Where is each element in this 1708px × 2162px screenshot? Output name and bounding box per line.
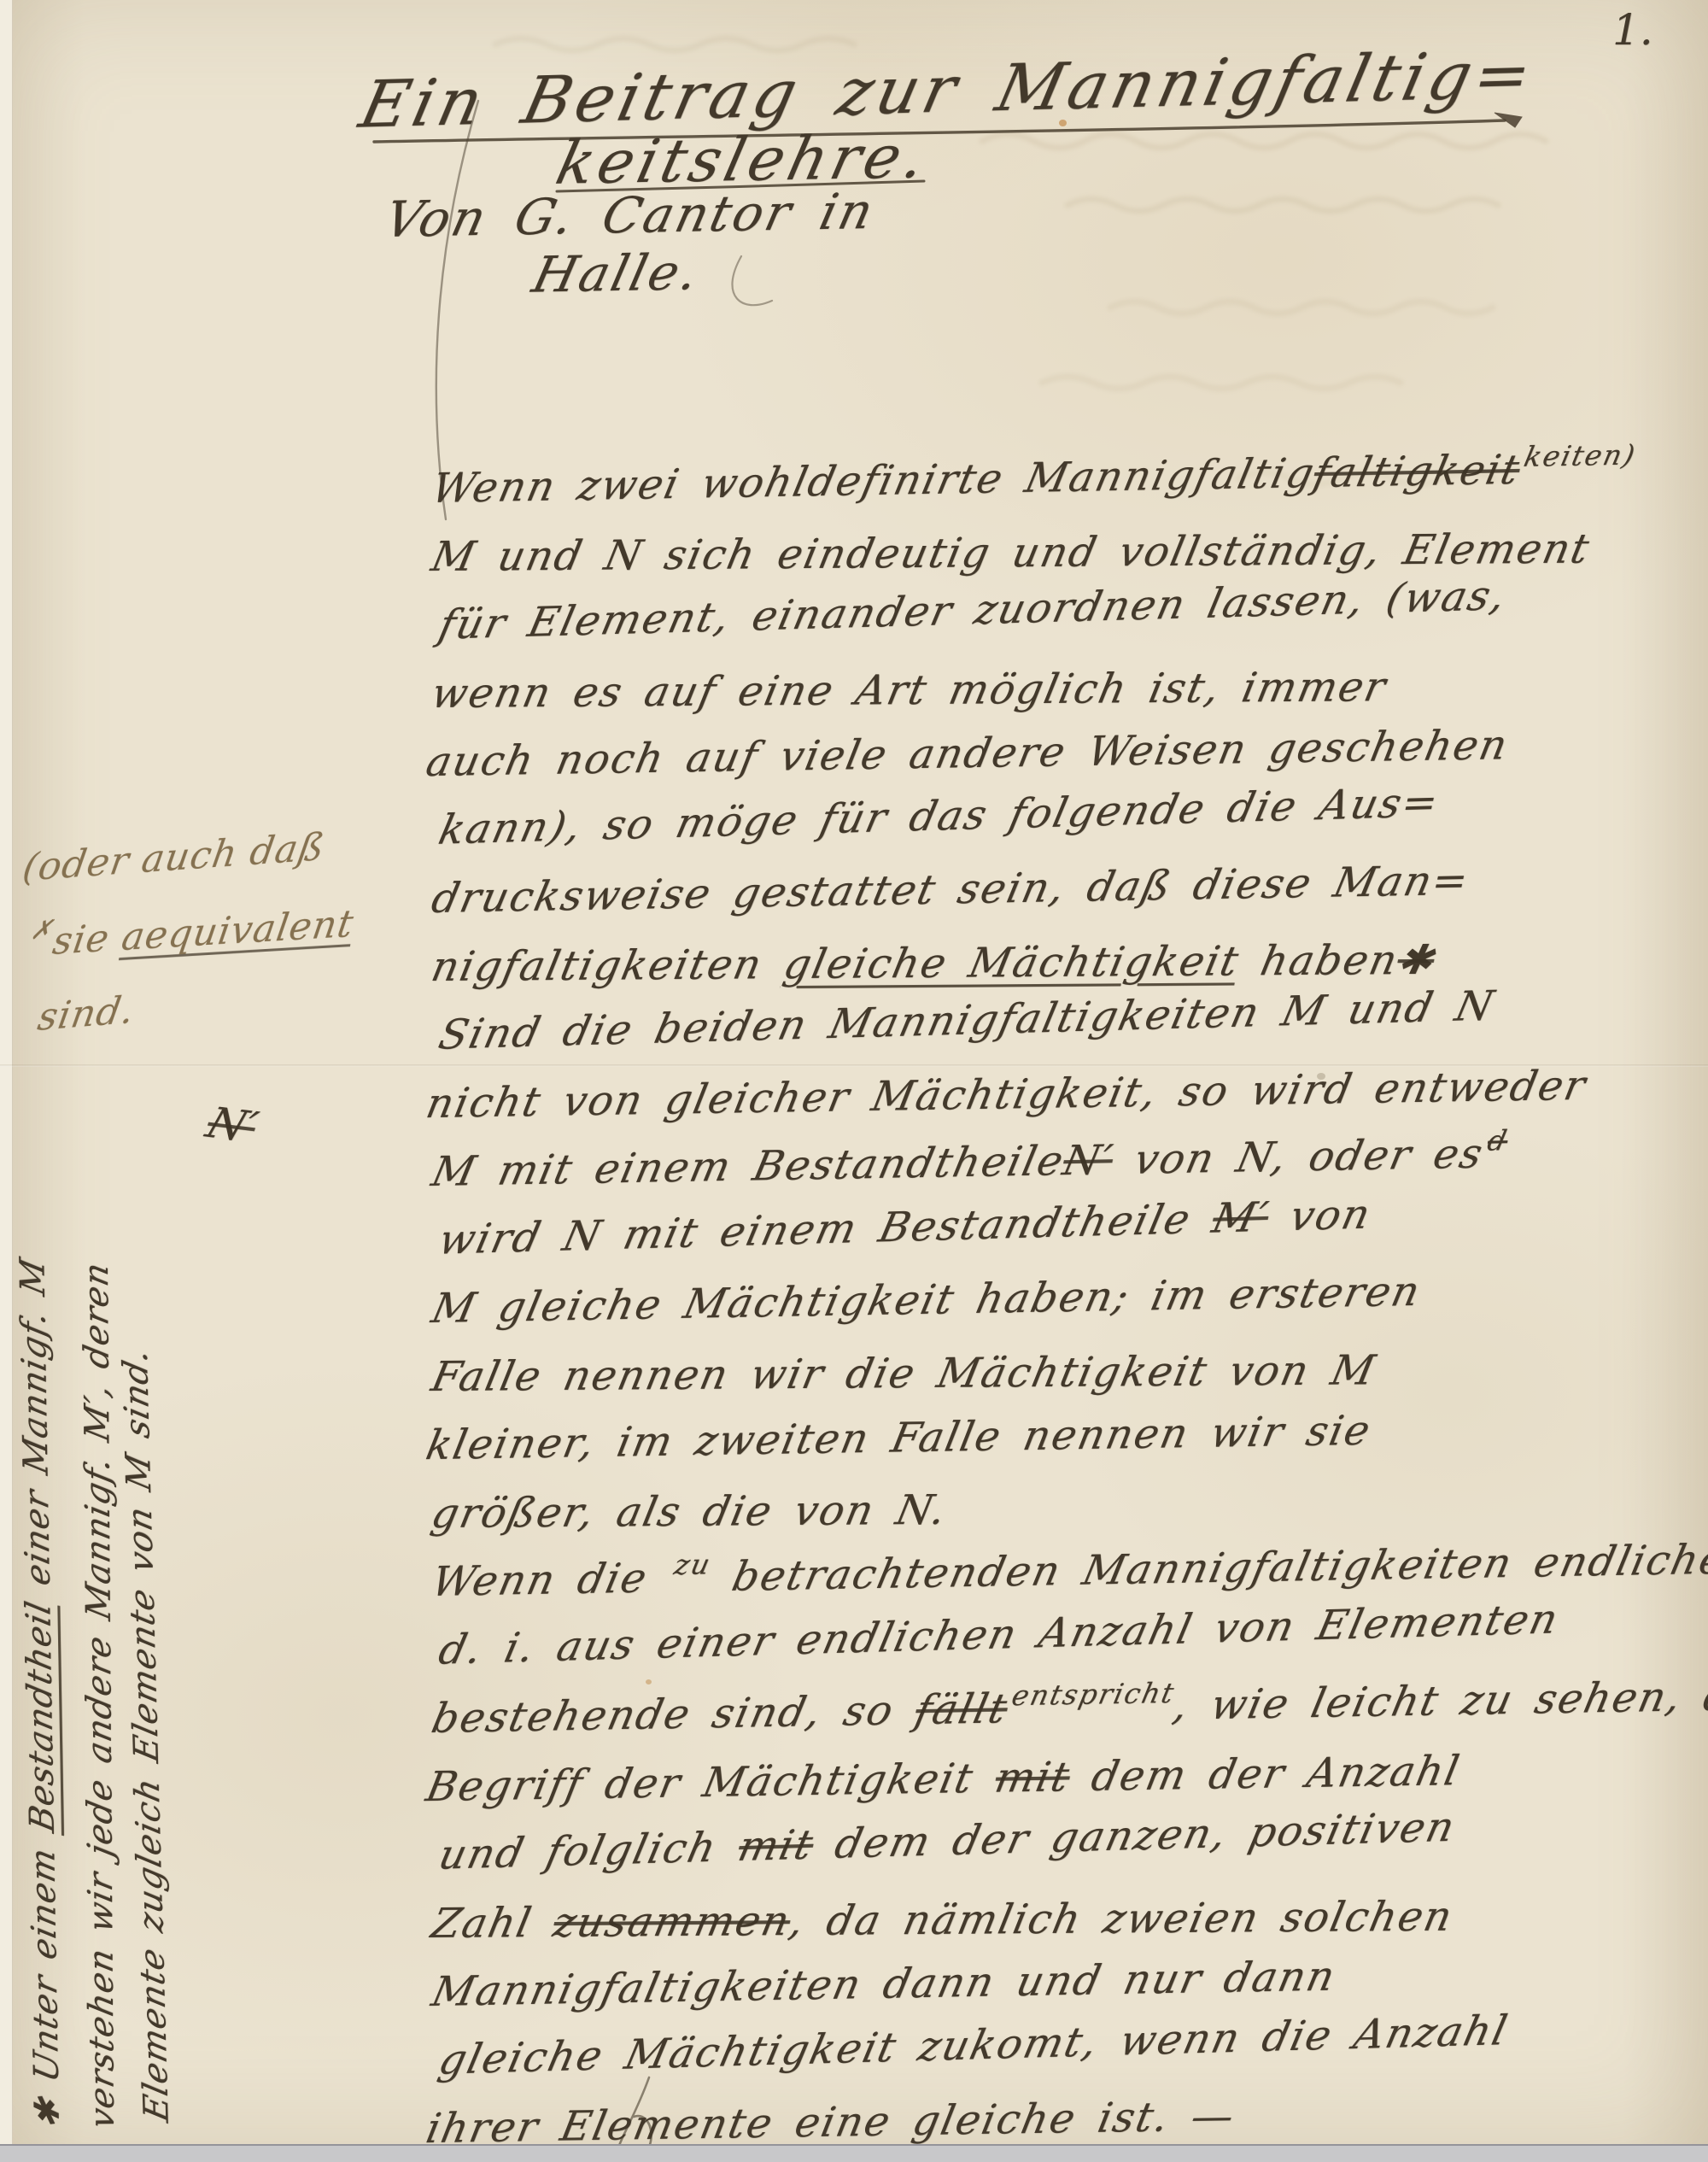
text-segment: drucksweise gestattet sein, daß diese Ma…	[428, 857, 1474, 923]
inserted-text: keiten)	[1521, 438, 1639, 472]
text-segment: einer Mannigf. M	[13, 1255, 58, 1606]
struck-text: mit	[734, 1821, 818, 1871]
text-segment: Zahl	[427, 1899, 559, 1948]
text-segment: nicht von gleicher Mächtigkeit, so wird …	[422, 1062, 1590, 1128]
text-segment: M gleiche Mächtigkeit haben; im ersteren	[428, 1268, 1426, 1333]
struck-text: faltigkeit	[1309, 446, 1524, 497]
text-segment: sie	[50, 916, 125, 964]
paper-left-edge	[0, 0, 13, 2146]
text-segment: ✱ Unter einem	[23, 1827, 67, 2132]
manuscript-line: Wenn zwei wohldefinirte Mannigfaltigfalt…	[425, 432, 1708, 523]
inserted-text: ✗	[28, 915, 55, 946]
manuscript-scan: 1. Ein Beitrag zur Mannigfaltig= keitsle…	[0, 0, 1708, 2162]
byline: Von G. Cantor in Halle.	[319, 181, 928, 308]
struck-text: fällt	[911, 1684, 1013, 1734]
margin-note-equivalent: (oder auch daß✗sie aequivalentsind.	[13, 809, 451, 1057]
text-segment: (oder auch daß	[20, 825, 328, 890]
struck-text: zusammen	[549, 1897, 795, 1947]
text-segment: Falle nennen wir die Mächtigkeit von M	[427, 1346, 1380, 1401]
text-segment: von	[1263, 1191, 1376, 1241]
text-segment: wird N mit einem Bestandtheile	[435, 1195, 1219, 1264]
text-segment: und folglich	[435, 1823, 745, 1879]
underlined-text: aequivalent	[119, 902, 357, 960]
text-segment: kleiner, im zweiten Falle nennen wir sie	[422, 1407, 1375, 1469]
inserted-text: entspricht	[1009, 1677, 1178, 1712]
struck-text: d	[1484, 1124, 1511, 1157]
page-number: 1.	[1612, 5, 1653, 55]
text-segment: größer, als die von N.	[427, 1486, 951, 1538]
text-segment: sind.	[34, 988, 137, 1040]
margin-mark-n-prime: N′	[201, 1099, 264, 1152]
text-segment: bestehende sind, so	[428, 1686, 921, 1743]
text-segment: dem der ganzen, positiven	[808, 1803, 1460, 1869]
text-segment: Begriff der Mächtigkeit	[422, 1755, 1000, 1811]
text-segment: dem der Anzahl	[1065, 1747, 1465, 1801]
manuscript-body: Wenn zwei wohldefinirte Mannigfaltigfalt…	[425, 454, 1706, 2162]
struck-text: mit	[991, 1753, 1074, 1802]
text-segment: M mit einem Bestandtheile	[428, 1137, 1069, 1196]
text-segment: , wie leicht zu sehen, der	[1169, 1672, 1708, 1730]
underlined-text: Bestandtheil	[19, 1597, 62, 1836]
scan-background-strip	[0, 2144, 1708, 2162]
inserted-text: zu	[671, 1548, 714, 1581]
text-segment: von N, oder es	[1108, 1130, 1489, 1185]
text-segment: wenn es auf eine Art möglich ist, immer	[427, 663, 1390, 718]
text-segment: Wenn zwei wohldefinirte Mannigfaltig	[428, 449, 1320, 513]
manuscript-page: 1. Ein Beitrag zur Mannigfaltig= keitsle…	[0, 0, 1708, 2146]
text-segment: nigfaltigkeiten	[427, 940, 789, 991]
text-segment: Wenn die	[428, 1554, 676, 1606]
footnote-vertical: ✱ Unter einem Bestandtheil einer Mannigf…	[20, 1177, 184, 2134]
manuscript-line: ✱ Unter einem Bestandtheil einer Mannigf…	[3, 1162, 75, 2134]
text-segment: , da nämlich zweien solchen	[785, 1893, 1457, 1945]
